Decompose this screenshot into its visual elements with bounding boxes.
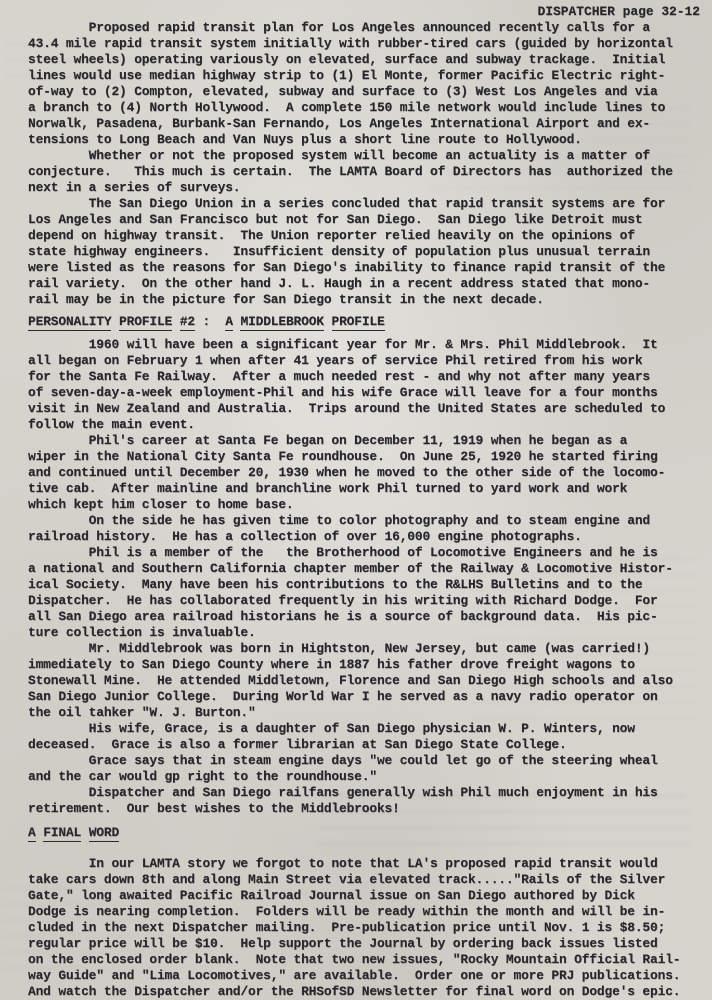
text-line: all San Diego area railroad historians h… xyxy=(28,609,700,625)
heading-personality-profile: PERSONALITY PROFILE #2 : A MIDDLEBROOK P… xyxy=(28,314,700,330)
text-line: way Guide" and "Lima Locomotives," are a… xyxy=(28,968,700,984)
text-line: and continued until December 20, 1930 wh… xyxy=(28,465,700,481)
text-line: on the enclosed order blank. Note that t… xyxy=(28,952,700,968)
heading-word: MIDDLEBROOK xyxy=(240,314,323,331)
heading-word: FINAL xyxy=(43,825,81,842)
text-line: retirement. Our best wishes to the Middl… xyxy=(28,801,700,817)
text-line: Proposed rapid transit plan for Los Ange… xyxy=(28,20,700,36)
text-line: visit in New Zealand and Australia. Trip… xyxy=(28,401,700,417)
heading-word: PERSONALITY xyxy=(28,314,111,331)
text-line: depend on highway transit. The Union rep… xyxy=(28,228,700,244)
text-line: Gate," long awaited Pacific Railroad Jou… xyxy=(28,888,700,904)
text-line: Mr. Middlebrook was born in Hightston, N… xyxy=(28,641,700,657)
text-line: regular price will be $10. Help support … xyxy=(28,936,700,952)
text-line: ture collection is invaluable. xyxy=(28,625,700,641)
text-line: the oil tahker "W. J. Burton." xyxy=(28,705,700,721)
text-line: tensions to Long Beach and Van Nuys plus… xyxy=(28,132,700,148)
heading-word: PROFILE xyxy=(332,314,385,331)
text-line: rail may be in the picture for San Diego… xyxy=(28,292,700,308)
text-line: deceased. Grace is also a former librari… xyxy=(28,737,700,753)
text-line: a branch to (4) North Hollywood. A compl… xyxy=(28,100,700,116)
text-line: and the car would gp right to the roundh… xyxy=(28,769,700,785)
heading-word: #2 xyxy=(180,314,195,331)
text-line: In our LAMTA story we forgot to note tha… xyxy=(28,856,700,872)
text-line: next in a series of surveys. xyxy=(28,180,700,196)
heading-word: A xyxy=(225,314,233,331)
heading-a-final-word: A FINAL WORD xyxy=(28,825,700,841)
text-line: a national and Southern California chapt… xyxy=(28,561,700,577)
text-line: Phil is a member of the the Brotherhood … xyxy=(28,545,700,561)
text-line: steel wheels) operating variously on ele… xyxy=(28,52,700,68)
text-line: Whether or not the proposed system will … xyxy=(28,148,700,164)
text-line: lines would use median highway strip to … xyxy=(28,68,700,84)
text-line: wiper in the National City Santa Fe roun… xyxy=(28,449,700,465)
text-line: which kept him closer to home base. xyxy=(28,497,700,513)
text-line: Dodge is nearing completion. Folders wil… xyxy=(28,904,700,920)
heading-word: WORD xyxy=(89,825,119,842)
text-line: all began on February 1 when after 41 ye… xyxy=(28,353,700,369)
text-line: immediately to San Diego County where in… xyxy=(28,657,700,673)
text-line: Norwalk, Pasadena, Burbank-San Fernando,… xyxy=(28,116,700,132)
paragraphs-middlebrook-profile: 1960 will have been a significant year f… xyxy=(28,337,700,817)
heading-space xyxy=(172,314,180,329)
text-line: tive cab. After mainline and branchline … xyxy=(28,481,700,497)
text-line: San Diego Junior College. During World W… xyxy=(28,689,700,705)
text-line: conjecture. This much is certain. The LA… xyxy=(28,164,700,180)
document-page: DISPATCHER page 32-12 Proposed rapid tra… xyxy=(0,0,712,1000)
text-line: Los Angeles and San Francisco but not fo… xyxy=(28,212,700,228)
text-line: railroad history. He has a collection of… xyxy=(28,529,700,545)
text-line: state highway engineers. Insufficient de… xyxy=(28,244,700,260)
text-line: rail variety. On the other hand J. L. Ha… xyxy=(28,276,700,292)
text-line: take cars down 8th and along Main Street… xyxy=(28,872,700,888)
text-line: of-way to (2) Compton, elevated, subway … xyxy=(28,84,700,100)
text-line: ical Society. Many have been his contrib… xyxy=(28,577,700,593)
document-body: Proposed rapid transit plan for Los Ange… xyxy=(28,20,700,1000)
text-line: 43.4 mile rapid transit system initially… xyxy=(28,36,700,52)
heading-space xyxy=(111,314,119,329)
text-line: Grace says that in steam engine days "we… xyxy=(28,753,700,769)
heading-space xyxy=(81,825,89,840)
text-line: His wife, Grace, is a daughter of San Di… xyxy=(28,721,700,737)
paragraphs-rapid-transit: Proposed rapid transit plan for Los Ange… xyxy=(28,20,700,308)
text-line: Dispatcher. He has collaborated frequent… xyxy=(28,593,700,609)
page-header: DISPATCHER page 32-12 xyxy=(28,4,700,20)
heading-word: A xyxy=(28,825,36,842)
text-line: were listed as the reasons for San Diego… xyxy=(28,260,700,276)
heading-space: : xyxy=(195,314,225,329)
text-line: for the Santa Fe Railway. After a much n… xyxy=(28,369,700,385)
text-line: Stonewall Mine. He attended Middletown, … xyxy=(28,673,700,689)
text-line: follow the main event. xyxy=(28,417,700,433)
text-line: Dispatcher and San Diego railfans genera… xyxy=(28,785,700,801)
text-line: of seven-day-a-week employment-Phil and … xyxy=(28,385,700,401)
heading-space xyxy=(324,314,332,329)
paragraphs-final-word: In our LAMTA story we forgot to note tha… xyxy=(28,856,700,1000)
text-line: And watch the Dispatcher and/or the RHSo… xyxy=(28,984,700,1000)
text-line: The San Diego Union in a series conclude… xyxy=(28,196,700,212)
text-line: On the side he has given time to color p… xyxy=(28,513,700,529)
text-line: 1960 will have been a significant year f… xyxy=(28,337,700,353)
heading-word: PROFILE xyxy=(119,314,172,331)
text-line: cluded in the next Dispatcher mailing. P… xyxy=(28,920,700,936)
text-line: Phil's career at Santa Fe began on Decem… xyxy=(28,433,700,449)
